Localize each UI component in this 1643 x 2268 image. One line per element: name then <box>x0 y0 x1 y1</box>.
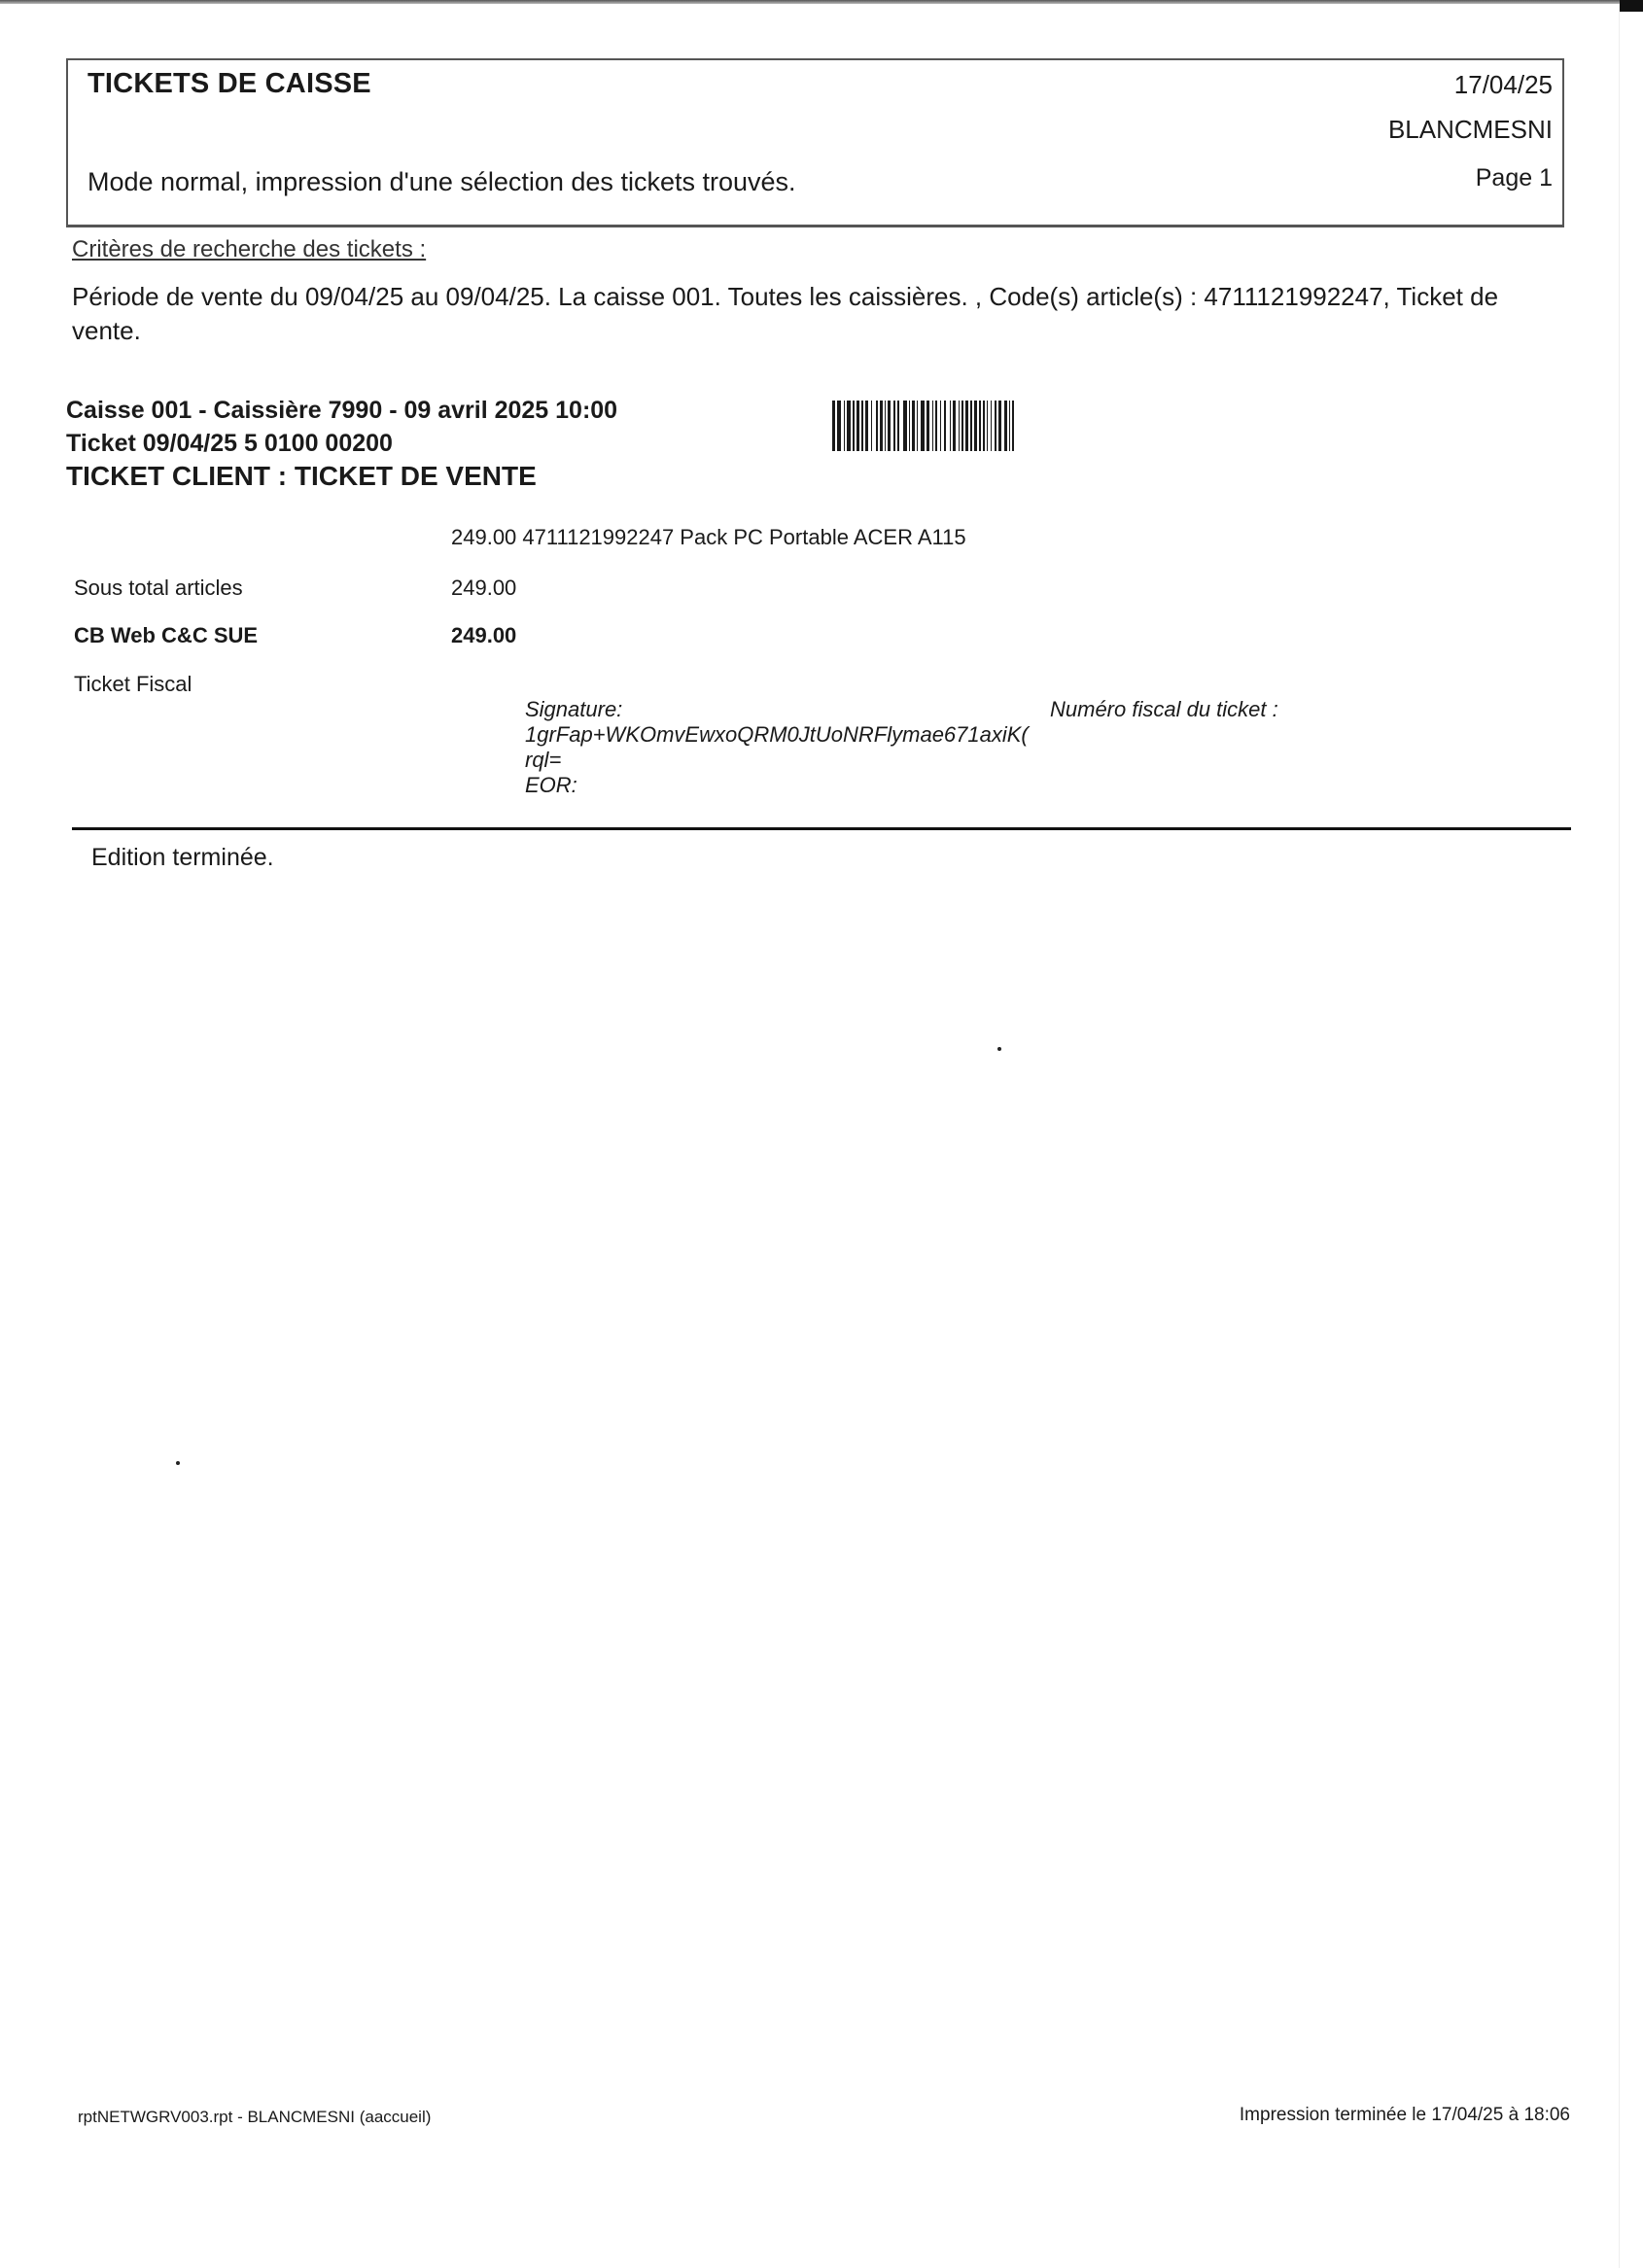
report-site: BLANCMESNI <box>1388 115 1553 145</box>
edition-status: Edition terminée. <box>91 844 274 872</box>
register-line: Caisse 001 - Caissière 7990 - 09 avril 2… <box>66 394 617 428</box>
fiscal-number-label: Numéro fiscal du ticket : <box>1050 697 1278 722</box>
subtotal-value: 249.00 <box>451 576 516 601</box>
ticket-header: Caisse 001 - Caissière 7990 - 09 avril 2… <box>66 394 617 493</box>
report-date: 17/04/25 <box>1454 70 1553 100</box>
signature-value: 1grFap+WKOmvEwxoQRM0JtUoNRFlymae671axiK( <box>525 722 1040 748</box>
fiscal-label: Ticket Fiscal <box>74 672 192 697</box>
criteria-text: Période de vente du 09/04/25 au 09/04/25… <box>72 280 1550 348</box>
footer-printed-at: Impression terminée le 17/04/25 à 18:06 <box>1240 2105 1570 2126</box>
signature-label: Signature: <box>525 697 1040 722</box>
subtotal-label: Sous total articles <box>74 576 243 601</box>
page-number: Page 1 <box>1476 164 1553 192</box>
scan-edge-top <box>0 0 1643 4</box>
report-mode: Mode normal, impression d'une sélection … <box>87 167 796 197</box>
criteria-label: Critères de recherche des tickets : <box>72 236 426 263</box>
item-line: 249.00 4711121992247 Pack PC Portable AC… <box>451 525 966 550</box>
report-title: TICKETS DE CAISSE <box>87 68 371 100</box>
section-divider <box>72 827 1571 830</box>
payment-value: 249.00 <box>451 623 516 648</box>
footer-report-name: rptNETWGRV003.rpt - BLANCMESNI (aaccueil… <box>78 2108 431 2127</box>
signature-value-cont: rql= <box>525 748 1040 773</box>
scan-edge-corner <box>1620 0 1643 12</box>
scan-speck <box>176 1461 180 1465</box>
eor-label: EOR: <box>525 773 1040 798</box>
scan-speck <box>997 1047 1001 1051</box>
barcode-icon <box>832 401 1163 451</box>
scan-edge-right <box>1619 4 1620 2268</box>
ticket-type: TICKET CLIENT : TICKET DE VENTE <box>66 460 617 493</box>
signature-block: Signature: 1grFap+WKOmvEwxoQRM0JtUoNRFly… <box>525 697 1040 798</box>
report-header: TICKETS DE CAISSE Mode normal, impressio… <box>66 58 1564 227</box>
payment-label: CB Web C&C SUE <box>74 623 258 648</box>
ticket-number: Ticket 09/04/25 5 0100 00200 <box>66 428 617 460</box>
